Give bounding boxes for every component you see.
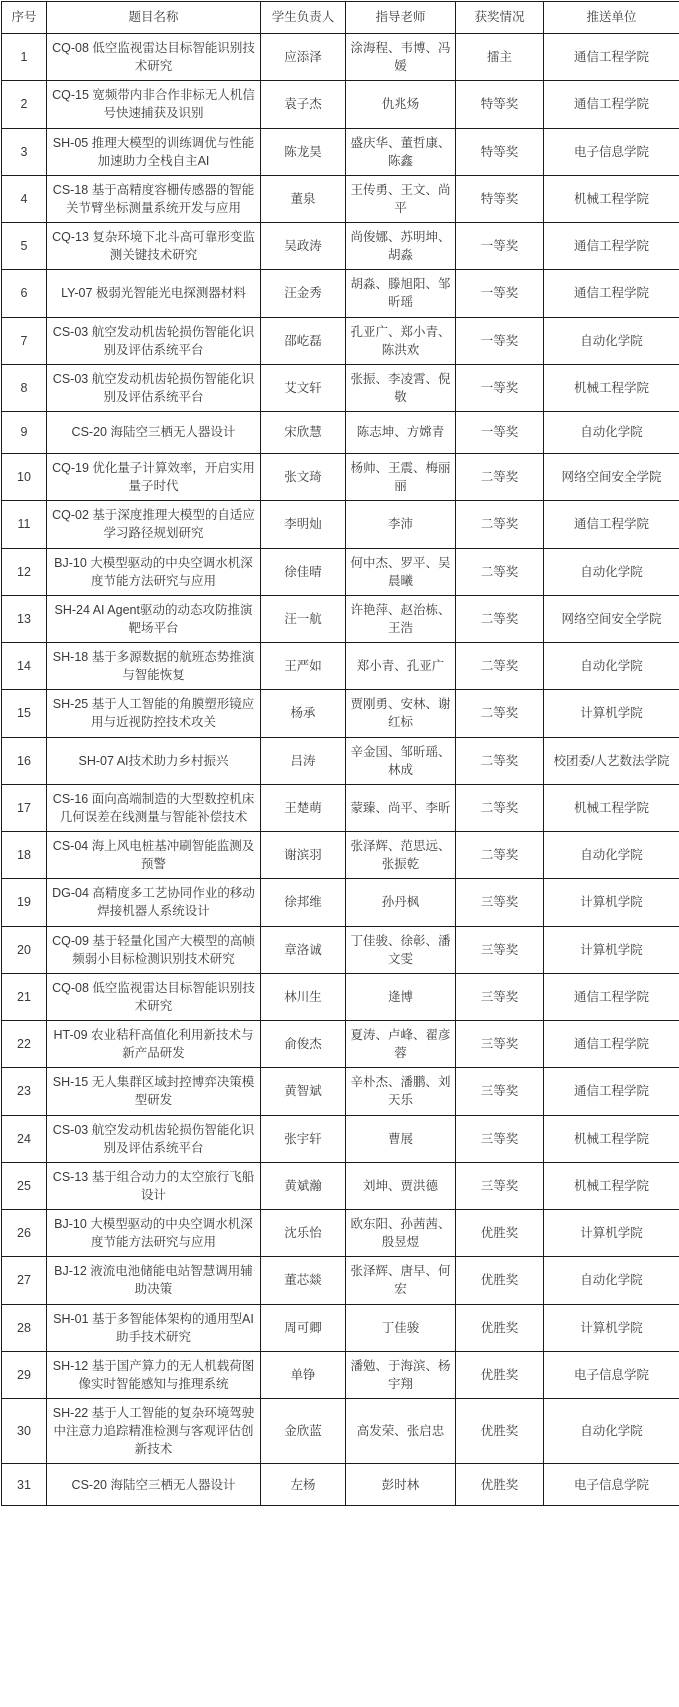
cell-project-title: CS-03 航空发动机齿轮损伤智能化识别及评估系统平台: [47, 364, 261, 411]
cell-project-title: SH-01 基于多智能体架构的通用型AI助手技术研究: [47, 1304, 261, 1351]
cell-recommending-unit: 通信工程学院: [544, 501, 679, 548]
cell-serial-number: 2: [2, 81, 47, 128]
table-row: 2CQ-15 宽频带内非合作非标无人机信号快速捕获及识别袁子杰仇兆炀特等奖通信工…: [2, 81, 679, 128]
cell-award-status: 优胜奖: [456, 1210, 544, 1257]
cell-advisors: 孔亚广、郑小青、陈洪欢: [346, 317, 456, 364]
cell-serial-number: 19: [2, 879, 47, 926]
cell-advisors: 涂海程、韦博、冯媛: [346, 34, 456, 81]
cell-serial-number: 27: [2, 1257, 47, 1304]
cell-advisors: 张泽辉、唐早、何宏: [346, 1257, 456, 1304]
cell-advisors: 张泽辉、范思远、张振乾: [346, 832, 456, 879]
cell-award-status: 特等奖: [456, 175, 544, 222]
cell-award-status: 三等奖: [456, 1162, 544, 1209]
cell-project-title: CQ-15 宽频带内非合作非标无人机信号快速捕获及识别: [47, 81, 261, 128]
cell-serial-number: 12: [2, 548, 47, 595]
cell-project-title: SH-25 基于人工智能的角膜塑形镜应用与近视防控技术攻关: [47, 690, 261, 737]
cell-student-leader: 董泉: [261, 175, 346, 222]
cell-advisors: 逄博: [346, 973, 456, 1020]
cell-award-status: 一等奖: [456, 317, 544, 364]
cell-serial-number: 30: [2, 1399, 47, 1464]
cell-recommending-unit: 自动化学院: [544, 832, 679, 879]
cell-serial-number: 26: [2, 1210, 47, 1257]
table-row: 29SH-12 基于国产算力的无人机载荷图像实时智能感知与推理系统单铮潘勉、于海…: [2, 1351, 679, 1398]
cell-student-leader: 吴政涛: [261, 223, 346, 270]
table-row: 23SH-15 无人集群区域封控博弈决策模型研发黄智斌辛朴杰、潘鹏、刘天乐三等奖…: [2, 1068, 679, 1115]
cell-project-title: CS-20 海陆空三栖无人器设计: [47, 1464, 261, 1506]
cell-award-status: 二等奖: [456, 501, 544, 548]
cell-award-status: 优胜奖: [456, 1257, 544, 1304]
cell-advisors: 郑小青、孔亚广: [346, 643, 456, 690]
cell-award-status: 二等奖: [456, 832, 544, 879]
table-row: 10CQ-19 优化量子计算效率，开启实用量子时代张文琦杨帅、王震、梅丽丽二等奖…: [2, 454, 679, 501]
cell-recommending-unit: 电子信息学院: [544, 1464, 679, 1506]
cell-recommending-unit: 校团委/人艺数法学院: [544, 737, 679, 784]
cell-student-leader: 黄斌瀚: [261, 1162, 346, 1209]
cell-project-title: CQ-02 基于深度推理大模型的自适应学习路径规划研究: [47, 501, 261, 548]
cell-student-leader: 宋欣慧: [261, 412, 346, 454]
cell-serial-number: 9: [2, 412, 47, 454]
cell-student-leader: 林川生: [261, 973, 346, 1020]
col-header-advisors: 指导老师: [346, 2, 456, 34]
cell-student-leader: 吕涛: [261, 737, 346, 784]
cell-student-leader: 单铮: [261, 1351, 346, 1398]
cell-project-title: CQ-08 低空监视雷达目标智能识别技术研究: [47, 34, 261, 81]
cell-award-status: 一等奖: [456, 270, 544, 317]
cell-advisors: 辛朴杰、潘鹏、刘天乐: [346, 1068, 456, 1115]
table-row: 13SH-24 AI Agent驱动的动态攻防推演靶场平台汪一航许艳萍、赵治栋、…: [2, 595, 679, 642]
cell-serial-number: 15: [2, 690, 47, 737]
cell-serial-number: 25: [2, 1162, 47, 1209]
cell-project-title: BJ-10 大模型驱动的中央空调水机深度节能方法研究与应用: [47, 548, 261, 595]
table-row: 30SH-22 基于人工智能的复杂环境驾驶中注意力追踪精准检测与客观评估创新技术…: [2, 1399, 679, 1464]
cell-advisors: 丁佳骏、徐彰、潘文雯: [346, 926, 456, 973]
table-row: 31CS-20 海陆空三栖无人器设计左杨彭时林优胜奖电子信息学院: [2, 1464, 679, 1506]
cell-student-leader: 艾文轩: [261, 364, 346, 411]
col-header-award: 获奖情况: [456, 2, 544, 34]
table-row: 28SH-01 基于多智能体架构的通用型AI助手技术研究周可卿丁佳骏优胜奖计算机…: [2, 1304, 679, 1351]
cell-recommending-unit: 通信工程学院: [544, 1021, 679, 1068]
cell-advisors: 潘勉、于海滨、杨宇翔: [346, 1351, 456, 1398]
cell-student-leader: 李明灿: [261, 501, 346, 548]
cell-serial-number: 3: [2, 128, 47, 175]
cell-project-title: LY-07 极弱光智能光电探测器材料: [47, 270, 261, 317]
table-row: 20CQ-09 基于轻量化国产大模型的高帧频弱小目标检测识别技术研究章洛诚丁佳骏…: [2, 926, 679, 973]
cell-serial-number: 31: [2, 1464, 47, 1506]
cell-award-status: 一等奖: [456, 223, 544, 270]
cell-award-status: 二等奖: [456, 595, 544, 642]
table-row: 5CQ-13 复杂环境下北斗高可靠形变监测关键技术研究吴政涛尚俊娜、苏明坤、胡淼…: [2, 223, 679, 270]
table-body: 1CQ-08 低空监视雷达目标智能识别技术研究应添泽涂海程、韦博、冯媛擂主通信工…: [2, 34, 679, 1506]
cell-recommending-unit: 通信工程学院: [544, 34, 679, 81]
cell-project-title: CS-13 基于组合动力的太空旅行飞船设计: [47, 1162, 261, 1209]
cell-advisors: 孙丹枫: [346, 879, 456, 926]
cell-recommending-unit: 计算机学院: [544, 1210, 679, 1257]
cell-recommending-unit: 自动化学院: [544, 1257, 679, 1304]
cell-student-leader: 袁子杰: [261, 81, 346, 128]
table-row: 15SH-25 基于人工智能的角膜塑形镜应用与近视防控技术攻关杨承贾刚勇、安林、…: [2, 690, 679, 737]
cell-recommending-unit: 网络空间安全学院: [544, 595, 679, 642]
table-row: 25CS-13 基于组合动力的太空旅行飞船设计黄斌瀚刘坤、贾洪德三等奖机械工程学…: [2, 1162, 679, 1209]
cell-award-status: 二等奖: [456, 454, 544, 501]
cell-award-status: 一等奖: [456, 364, 544, 411]
cell-project-title: SH-15 无人集群区域封控博弈决策模型研发: [47, 1068, 261, 1115]
cell-serial-number: 22: [2, 1021, 47, 1068]
cell-student-leader: 杨承: [261, 690, 346, 737]
cell-student-leader: 王严如: [261, 643, 346, 690]
cell-serial-number: 6: [2, 270, 47, 317]
cell-project-title: CS-16 面向高端制造的大型数控机床几何误差在线测量与智能补偿技术: [47, 784, 261, 831]
table-row: 1CQ-08 低空监视雷达目标智能识别技术研究应添泽涂海程、韦博、冯媛擂主通信工…: [2, 34, 679, 81]
cell-advisors: 李沛: [346, 501, 456, 548]
cell-award-status: 三等奖: [456, 1021, 544, 1068]
cell-advisors: 杨帅、王震、梅丽丽: [346, 454, 456, 501]
cell-student-leader: 徐佳晴: [261, 548, 346, 595]
table-row: 16SH-07 AI技术助力乡村振兴吕涛辛金国、邹昕瑶、林成二等奖校团委/人艺数…: [2, 737, 679, 784]
cell-serial-number: 28: [2, 1304, 47, 1351]
cell-advisors: 彭时林: [346, 1464, 456, 1506]
cell-serial-number: 16: [2, 737, 47, 784]
cell-recommending-unit: 电子信息学院: [544, 1351, 679, 1398]
cell-advisors: 刘坤、贾洪德: [346, 1162, 456, 1209]
cell-project-title: SH-18 基于多源数据的航班态势推演与智能恢复: [47, 643, 261, 690]
cell-recommending-unit: 机械工程学院: [544, 364, 679, 411]
col-header-unit: 推送单位: [544, 2, 679, 34]
col-header-title: 题目名称: [47, 2, 261, 34]
cell-advisors: 蒙臻、尚平、李昕: [346, 784, 456, 831]
table-row: 19DG-04 高精度多工艺协同作业的移动焊接机器人系统设计徐邦维孙丹枫三等奖计…: [2, 879, 679, 926]
cell-serial-number: 7: [2, 317, 47, 364]
cell-project-title: CQ-19 优化量子计算效率，开启实用量子时代: [47, 454, 261, 501]
table-row: 3SH-05 推理大模型的训练调优与性能加速助力全栈自主AI陈龙昊盛庆华、董哲康…: [2, 128, 679, 175]
cell-serial-number: 11: [2, 501, 47, 548]
cell-serial-number: 21: [2, 973, 47, 1020]
cell-recommending-unit: 计算机学院: [544, 926, 679, 973]
cell-project-title: CS-03 航空发动机齿轮损伤智能化识别及评估系统平台: [47, 317, 261, 364]
cell-student-leader: 张宇轩: [261, 1115, 346, 1162]
table-row: 18CS-04 海上风电桩基冲刷智能监测及预警谢滨羽张泽辉、范思远、张振乾二等奖…: [2, 832, 679, 879]
table-row: 9CS-20 海陆空三栖无人器设计宋欣慧陈志坤、方嫦青一等奖自动化学院: [2, 412, 679, 454]
table-row: 22HT-09 农业秸秆高值化利用新技术与新产品研发俞俊杰夏涛、卢峰、翟彦蓉三等…: [2, 1021, 679, 1068]
cell-award-status: 三等奖: [456, 1115, 544, 1162]
cell-advisors: 辛金国、邹昕瑶、林成: [346, 737, 456, 784]
cell-award-status: 特等奖: [456, 81, 544, 128]
cell-recommending-unit: 机械工程学院: [544, 784, 679, 831]
cell-student-leader: 黄智斌: [261, 1068, 346, 1115]
cell-recommending-unit: 计算机学院: [544, 879, 679, 926]
cell-student-leader: 谢滨羽: [261, 832, 346, 879]
cell-award-status: 擂主: [456, 34, 544, 81]
table-row: 27BJ-12 液流电池储能电站智慧调用辅助决策董芯燚张泽辉、唐早、何宏优胜奖自…: [2, 1257, 679, 1304]
cell-student-leader: 王楚萌: [261, 784, 346, 831]
cell-recommending-unit: 自动化学院: [544, 1399, 679, 1464]
cell-recommending-unit: 通信工程学院: [544, 973, 679, 1020]
page: 序号 题目名称 学生负责人 指导老师 获奖情况 推送单位 1CQ-08 低空监视…: [0, 0, 679, 1506]
table-row: 4CS-18 基于高精度容栅传感器的智能关节臂坐标测量系统开发与应用董泉王传勇、…: [2, 175, 679, 222]
cell-project-title: SH-22 基于人工智能的复杂环境驾驶中注意力追踪精准检测与客观评估创新技术: [47, 1399, 261, 1464]
cell-recommending-unit: 机械工程学院: [544, 1162, 679, 1209]
cell-project-title: CS-18 基于高精度容栅传感器的智能关节臂坐标测量系统开发与应用: [47, 175, 261, 222]
cell-student-leader: 张文琦: [261, 454, 346, 501]
table-row: 6LY-07 极弱光智能光电探测器材料汪金秀胡淼、滕旭阳、邹昕瑶一等奖通信工程学…: [2, 270, 679, 317]
cell-serial-number: 29: [2, 1351, 47, 1398]
col-header-no: 序号: [2, 2, 47, 34]
cell-student-leader: 汪一航: [261, 595, 346, 642]
cell-advisors: 何中杰、罗平、吴晨曦: [346, 548, 456, 595]
cell-project-title: BJ-10 大模型驱动的中央空调水机深度节能方法研究与应用: [47, 1210, 261, 1257]
cell-recommending-unit: 网络空间安全学院: [544, 454, 679, 501]
awards-table: 序号 题目名称 学生负责人 指导老师 获奖情况 推送单位 1CQ-08 低空监视…: [1, 1, 679, 1506]
cell-recommending-unit: 机械工程学院: [544, 1115, 679, 1162]
cell-advisors: 曹展: [346, 1115, 456, 1162]
cell-award-status: 三等奖: [456, 926, 544, 973]
table-row: 8CS-03 航空发动机齿轮损伤智能化识别及评估系统平台艾文轩张振、李凌霄、倪敬…: [2, 364, 679, 411]
cell-advisors: 陈志坤、方嫦青: [346, 412, 456, 454]
table-row: 12BJ-10 大模型驱动的中央空调水机深度节能方法研究与应用徐佳晴何中杰、罗平…: [2, 548, 679, 595]
cell-advisors: 丁佳骏: [346, 1304, 456, 1351]
cell-project-title: SH-24 AI Agent驱动的动态攻防推演靶场平台: [47, 595, 261, 642]
cell-student-leader: 陈龙昊: [261, 128, 346, 175]
cell-student-leader: 左杨: [261, 1464, 346, 1506]
cell-advisors: 盛庆华、董哲康、陈鑫: [346, 128, 456, 175]
cell-advisors: 王传勇、王文、尚平: [346, 175, 456, 222]
cell-serial-number: 14: [2, 643, 47, 690]
cell-student-leader: 金欣蓝: [261, 1399, 346, 1464]
cell-advisors: 贾刚勇、安林、谢红标: [346, 690, 456, 737]
table-row: 11CQ-02 基于深度推理大模型的自适应学习路径规划研究李明灿李沛二等奖通信工…: [2, 501, 679, 548]
cell-student-leader: 俞俊杰: [261, 1021, 346, 1068]
cell-project-title: CS-03 航空发动机齿轮损伤智能化识别及评估系统平台: [47, 1115, 261, 1162]
cell-advisors: 尚俊娜、苏明坤、胡淼: [346, 223, 456, 270]
cell-student-leader: 邵屹磊: [261, 317, 346, 364]
cell-project-title: CQ-13 复杂环境下北斗高可靠形变监测关键技术研究: [47, 223, 261, 270]
cell-advisors: 张振、李凌霄、倪敬: [346, 364, 456, 411]
header-row: 序号 题目名称 学生负责人 指导老师 获奖情况 推送单位: [2, 2, 679, 34]
cell-recommending-unit: 自动化学院: [544, 548, 679, 595]
cell-student-leader: 董芯燚: [261, 1257, 346, 1304]
cell-student-leader: 周可卿: [261, 1304, 346, 1351]
cell-project-title: BJ-12 液流电池储能电站智慧调用辅助决策: [47, 1257, 261, 1304]
cell-serial-number: 17: [2, 784, 47, 831]
cell-award-status: 二等奖: [456, 643, 544, 690]
cell-award-status: 三等奖: [456, 1068, 544, 1115]
cell-student-leader: 徐邦维: [261, 879, 346, 926]
cell-award-status: 二等奖: [456, 690, 544, 737]
table-row: 7CS-03 航空发动机齿轮损伤智能化识别及评估系统平台邵屹磊孔亚广、郑小青、陈…: [2, 317, 679, 364]
cell-award-status: 优胜奖: [456, 1351, 544, 1398]
cell-project-title: CQ-09 基于轻量化国产大模型的高帧频弱小目标检测识别技术研究: [47, 926, 261, 973]
cell-advisors: 夏涛、卢峰、翟彦蓉: [346, 1021, 456, 1068]
cell-award-status: 三等奖: [456, 879, 544, 926]
cell-serial-number: 10: [2, 454, 47, 501]
cell-recommending-unit: 计算机学院: [544, 690, 679, 737]
cell-advisors: 许艳萍、赵治栋、王浩: [346, 595, 456, 642]
cell-project-title: SH-12 基于国产算力的无人机载荷图像实时智能感知与推理系统: [47, 1351, 261, 1398]
cell-award-status: 三等奖: [456, 973, 544, 1020]
cell-award-status: 特等奖: [456, 128, 544, 175]
cell-serial-number: 1: [2, 34, 47, 81]
cell-recommending-unit: 自动化学院: [544, 412, 679, 454]
cell-serial-number: 18: [2, 832, 47, 879]
cell-project-title: SH-07 AI技术助力乡村振兴: [47, 737, 261, 784]
cell-award-status: 优胜奖: [456, 1399, 544, 1464]
cell-project-title: CQ-08 低空监视雷达目标智能识别技术研究: [47, 973, 261, 1020]
cell-project-title: CS-20 海陆空三栖无人器设计: [47, 412, 261, 454]
col-header-student: 学生负责人: [261, 2, 346, 34]
cell-award-status: 二等奖: [456, 784, 544, 831]
cell-serial-number: 5: [2, 223, 47, 270]
cell-serial-number: 24: [2, 1115, 47, 1162]
cell-advisors: 欧东阳、孙茜茜、殷昱煜: [346, 1210, 456, 1257]
cell-advisors: 高发荣、张启忠: [346, 1399, 456, 1464]
cell-recommending-unit: 通信工程学院: [544, 223, 679, 270]
cell-student-leader: 章洛诚: [261, 926, 346, 973]
cell-serial-number: 23: [2, 1068, 47, 1115]
cell-recommending-unit: 通信工程学院: [544, 81, 679, 128]
cell-award-status: 优胜奖: [456, 1304, 544, 1351]
table-row: 26BJ-10 大模型驱动的中央空调水机深度节能方法研究与应用沈乐怡欧东阳、孙茜…: [2, 1210, 679, 1257]
cell-award-status: 一等奖: [456, 412, 544, 454]
cell-student-leader: 汪金秀: [261, 270, 346, 317]
cell-recommending-unit: 计算机学院: [544, 1304, 679, 1351]
cell-recommending-unit: 机械工程学院: [544, 175, 679, 222]
cell-serial-number: 20: [2, 926, 47, 973]
cell-serial-number: 4: [2, 175, 47, 222]
cell-student-leader: 沈乐怡: [261, 1210, 346, 1257]
cell-advisors: 胡淼、滕旭阳、邹昕瑶: [346, 270, 456, 317]
cell-recommending-unit: 电子信息学院: [544, 128, 679, 175]
table-row: 17CS-16 面向高端制造的大型数控机床几何误差在线测量与智能补偿技术王楚萌蒙…: [2, 784, 679, 831]
cell-project-title: CS-04 海上风电桩基冲刷智能监测及预警: [47, 832, 261, 879]
cell-recommending-unit: 通信工程学院: [544, 270, 679, 317]
table-row: 21CQ-08 低空监视雷达目标智能识别技术研究林川生逄博三等奖通信工程学院: [2, 973, 679, 1020]
cell-serial-number: 8: [2, 364, 47, 411]
cell-serial-number: 13: [2, 595, 47, 642]
cell-advisors: 仇兆炀: [346, 81, 456, 128]
cell-recommending-unit: 通信工程学院: [544, 1068, 679, 1115]
table-row: 14SH-18 基于多源数据的航班态势推演与智能恢复王严如郑小青、孔亚广二等奖自…: [2, 643, 679, 690]
cell-project-title: SH-05 推理大模型的训练调优与性能加速助力全栈自主AI: [47, 128, 261, 175]
cell-recommending-unit: 自动化学院: [544, 317, 679, 364]
cell-award-status: 二等奖: [456, 548, 544, 595]
table-row: 24CS-03 航空发动机齿轮损伤智能化识别及评估系统平台张宇轩曹展三等奖机械工…: [2, 1115, 679, 1162]
cell-recommending-unit: 自动化学院: [544, 643, 679, 690]
cell-project-title: HT-09 农业秸秆高值化利用新技术与新产品研发: [47, 1021, 261, 1068]
cell-student-leader: 应添泽: [261, 34, 346, 81]
cell-award-status: 优胜奖: [456, 1464, 544, 1506]
cell-project-title: DG-04 高精度多工艺协同作业的移动焊接机器人系统设计: [47, 879, 261, 926]
cell-award-status: 二等奖: [456, 737, 544, 784]
